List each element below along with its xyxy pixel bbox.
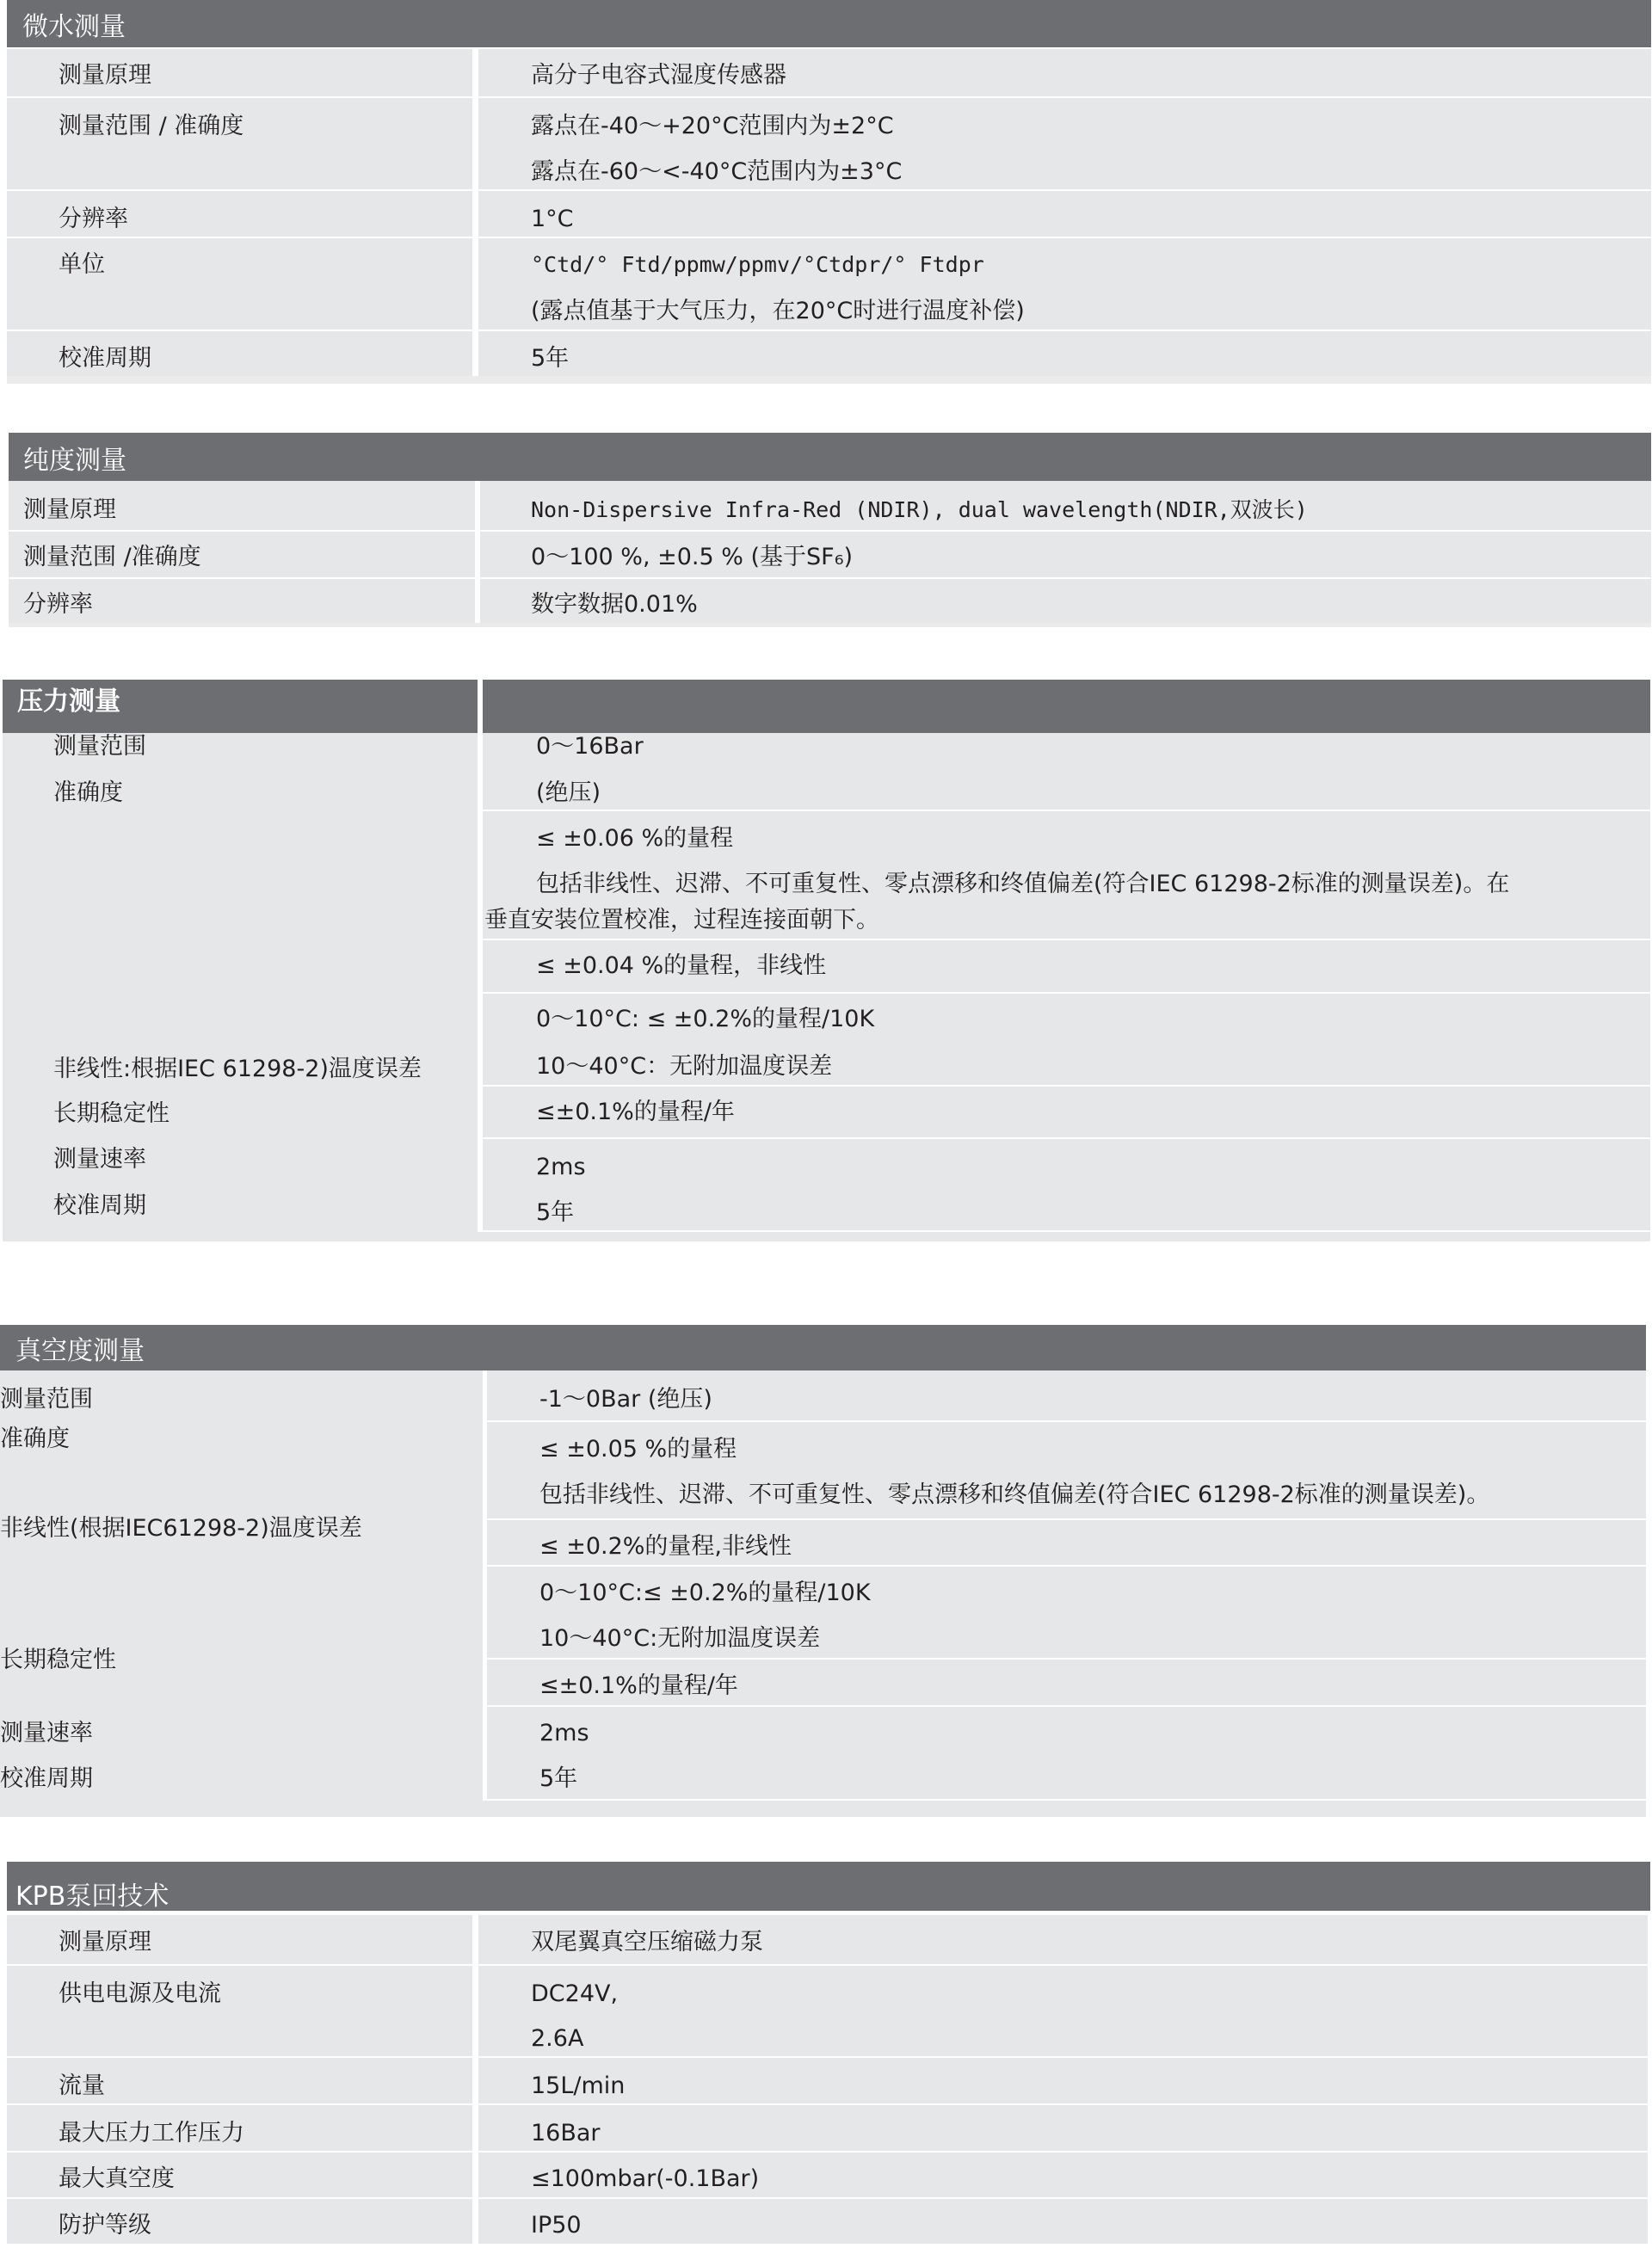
row-label: 最大真空度 [59,2165,175,2194]
row-value: 5年 [539,1765,577,1794]
row-value: 0～16Bar [536,732,644,761]
row-value: IP50 [531,2211,582,2240]
row-value: Non-Dispersive Infra-Red (NDIR), dual wa… [531,496,1308,525]
value-cell [478,2199,1648,2244]
row-label: 最大压力工作压力 [59,2119,244,2148]
value-cell [478,2153,1648,2197]
row-label: 非线性:根据IEC 61298-2)温度误差 [53,1055,422,1084]
row-value: 0～100 %, ±0.5 % (基于SF₆) [531,543,853,572]
row-value: 10～40°C：无附加温度误差 [536,1052,832,1081]
row-label: 测量原理 [59,61,151,90]
label-column [3,733,478,1241]
section-title: KPB泵回技术 [15,1882,169,1912]
value-block [487,1707,1646,1799]
section-kpb-pump: KPB泵回技术 测量原理 双尾翼真空压缩磁力泵 供电电源及电流 DC24V, 2… [0,0,1652,2248]
section-bottom-strip [0,1801,1646,1817]
value-cell [478,1915,1648,1964]
row-label: 校准周期 [53,1192,146,1221]
row-value: 露点在-60～<-40°C范围内为±3°C [531,157,902,187]
row-label: 非线性(根据IEC61298-2)温度误差 [0,1514,362,1543]
row-value: 2ms [536,1153,586,1182]
row-value: °Ctd/° Ftd/ppmw/ppmv/°Ctdpr/° Ftdpr [531,250,984,280]
value-block [483,1087,1650,1137]
row-label: 测量范围 / 准确度 [59,112,243,141]
label-cell [9,579,475,623]
value-cell [480,579,1651,623]
row-label: 准确度 [53,779,123,808]
section-header [7,1862,1650,1911]
value-cell [478,191,1651,237]
row-label: 测量速率 [0,1719,93,1748]
row-value: 0～10°C:≤ ±0.2%的量程/10K [539,1579,871,1608]
label-cell [7,1915,472,1964]
label-cell [7,1966,472,2056]
row-value: 15L/min [531,2072,625,2101]
section-title: 真空度测量 [15,1336,145,1367]
section-bottom-strip [7,376,1651,384]
row-value: 垂直安装位置校准，过程连接面朝下。 [484,906,879,935]
label-cell [7,98,472,189]
value-block [487,1370,1646,1420]
label-cell [9,481,475,530]
section-moisture: 微水测量 测量原理 高分子电容式湿度传感器 测量范围 / 准确度 露点在-40～… [0,0,1652,2248]
row-label: 测量原理 [59,1928,151,1957]
section-title: 纯度测量 [23,446,126,477]
value-cell [478,1966,1648,2056]
label-cell [7,2153,472,2197]
row-value: 高分子电容式湿度传感器 [531,61,786,90]
value-block [487,1520,1646,1565]
row-label: 测量原理 [23,496,116,525]
row-value: 2.6A [531,2024,583,2054]
value-block [487,1660,1646,1705]
label-cell [7,2199,472,2244]
section-header [7,0,1651,47]
row-value: (绝压) [536,779,601,808]
row-value: 10～40°C:无附加温度误差 [539,1624,820,1654]
section-title: 压力测量 [17,687,120,718]
value-cell [478,331,1651,376]
label-cell [7,191,472,237]
section-pressure: 压力测量 测量范围 准确度 非线性:根据IEC 61298-2)温度误差 长期稳… [0,0,1652,2248]
row-value: ≤ ±0.04 %的量程，非线性 [536,952,826,981]
row-label: 测量范围 [53,732,146,761]
row-value: ≤ ±0.2%的量程,非线性 [539,1532,792,1561]
row-value: 2ms [539,1719,589,1748]
value-cell [480,481,1651,530]
section-header-left [3,680,478,733]
section-bottom-strip [9,623,1651,627]
row-value: -1～0Bar (绝压) [539,1385,712,1414]
row-value: ≤±0.1%的量程/年 [539,1672,738,1701]
label-cell [7,2105,472,2151]
value-cell [478,2058,1648,2103]
row-value: 16Bar [531,2119,601,2148]
value-block [483,811,1650,939]
row-value: 包括非线性、迟滞、不可重复性、零点漂移和终值偏差(符合IEC 61298-2标准… [536,870,1509,899]
row-value: 1°C [531,205,574,234]
row-value: 5年 [536,1198,574,1228]
value-cell [478,238,1651,330]
row-label: 测量范围 [0,1385,93,1414]
row-value: DC24V, [531,1980,618,2009]
row-value: 露点在-40～+20°C范围内为±2°C [531,112,894,141]
row-label: 测量范围 /准确度 [23,543,201,572]
section-header [9,433,1651,481]
label-cell [9,532,475,577]
value-cell [480,532,1651,577]
row-value: (露点值基于大气压力，在20°C时进行温度补偿) [531,297,1025,326]
label-cell [7,238,472,330]
row-label: 准确度 [0,1425,70,1454]
row-value: ≤ ±0.06 %的量程 [536,824,733,853]
row-value: 5年 [531,344,569,373]
row-value: 双尾翼真空压缩磁力泵 [531,1928,763,1957]
row-label: 校准周期 [59,344,151,373]
section-purity: 纯度测量 测量原理 Non-Dispersive Infra-Red (NDIR… [0,0,1652,2248]
section-bottom-strip [3,1232,1650,1241]
row-label: 分辨率 [23,590,93,619]
value-block [483,733,1650,810]
value-block [487,1422,1646,1518]
row-label: 防护等级 [59,2211,151,2240]
value-cell [478,2105,1648,2151]
section-header [0,1325,1646,1370]
value-block [483,1139,1650,1230]
row-label: 供电电源及电流 [59,1980,221,2009]
section-title: 微水测量 [22,12,126,43]
section-vacuum: 真空度测量 测量范围 准确度 非线性(根据IEC61298-2)温度误差 长期稳… [0,0,1652,2248]
row-label: 流量 [59,2072,105,2101]
row-value: ≤±0.1%的量程/年 [536,1098,735,1127]
value-cell [478,49,1651,96]
value-block [487,1567,1646,1658]
row-label: 长期稳定性 [0,1646,116,1675]
section-header-right [483,680,1650,733]
label-cell [7,2058,472,2103]
row-value: 0～10°C: ≤ ±0.2%的量程/10K [536,1005,874,1034]
label-cell [7,49,472,96]
value-block [483,994,1650,1085]
row-value: ≤ ±0.05 %的量程 [539,1435,737,1464]
value-cell [478,98,1651,189]
value-block [483,940,1650,992]
row-label: 校准周期 [0,1765,93,1794]
row-label: 长期稳定性 [53,1099,170,1129]
row-value: ≤100mbar(-0.1Bar) [531,2165,759,2194]
row-value: 数字数据0.01% [531,590,698,619]
label-cell [7,331,472,376]
row-value: 包括非线性、迟滞、不可重复性、零点漂移和终值偏差(符合IEC 61298-2标准… [539,1481,1489,1510]
label-column [0,1370,483,1817]
row-label: 测量速率 [53,1145,146,1174]
row-label: 分辨率 [59,205,128,234]
row-label: 单位 [59,250,105,280]
